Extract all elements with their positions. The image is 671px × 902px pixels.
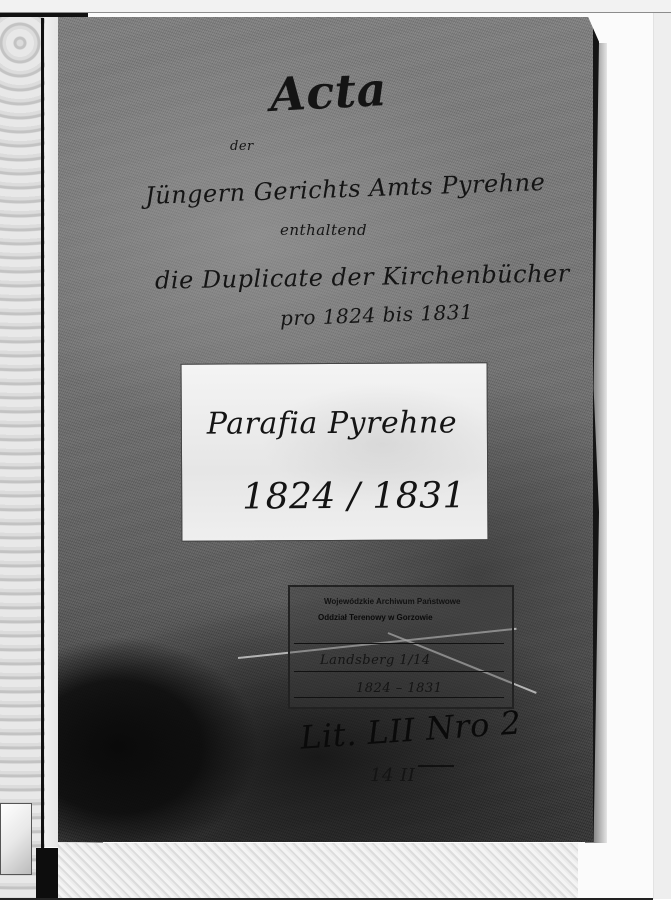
cover-line-der: der [230, 139, 254, 154]
lower-page-edge [58, 843, 578, 899]
stamp-rule [294, 643, 504, 644]
binding-spine-line [41, 18, 44, 888]
binding-shadow [36, 848, 58, 899]
stamp-branch-name: Oddział Terenowy w Gorzowie [318, 613, 433, 622]
volume-number: 14 II [370, 765, 415, 786]
cover-line-2: enthaltend [280, 221, 367, 239]
viewer-top-bar [0, 0, 671, 13]
stamp-handwritten-ref: Landsberg 1/14 [320, 653, 431, 668]
stamp-handwritten-years: 1824 – 1831 [356, 681, 442, 696]
number-overline [418, 765, 454, 767]
viewer-scrollbar[interactable] [653, 13, 671, 899]
stamp-archive-name: Wojewódzkie Archiwum Państwowe [324, 597, 460, 606]
cover-title: Acta [269, 62, 388, 122]
viewer-bottom-border [0, 898, 653, 900]
marbled-endpaper [0, 13, 45, 899]
label-parish-name: Parafia Pyrehne [207, 405, 457, 441]
folded-corner [0, 803, 32, 875]
document-scan-viewport[interactable]: Acta der Jüngern Gerichts Amts Pyrehne e… [0, 13, 653, 899]
stamp-rule [294, 671, 504, 672]
label-years: 1824 / 1831 [242, 475, 466, 517]
paper-label: Parafia Pyrehne 1824 / 1831 [181, 362, 489, 542]
archive-stamp: Wojewódzkie Archiwum Państwowe Oddział T… [288, 585, 514, 709]
stamp-rule [294, 697, 504, 698]
